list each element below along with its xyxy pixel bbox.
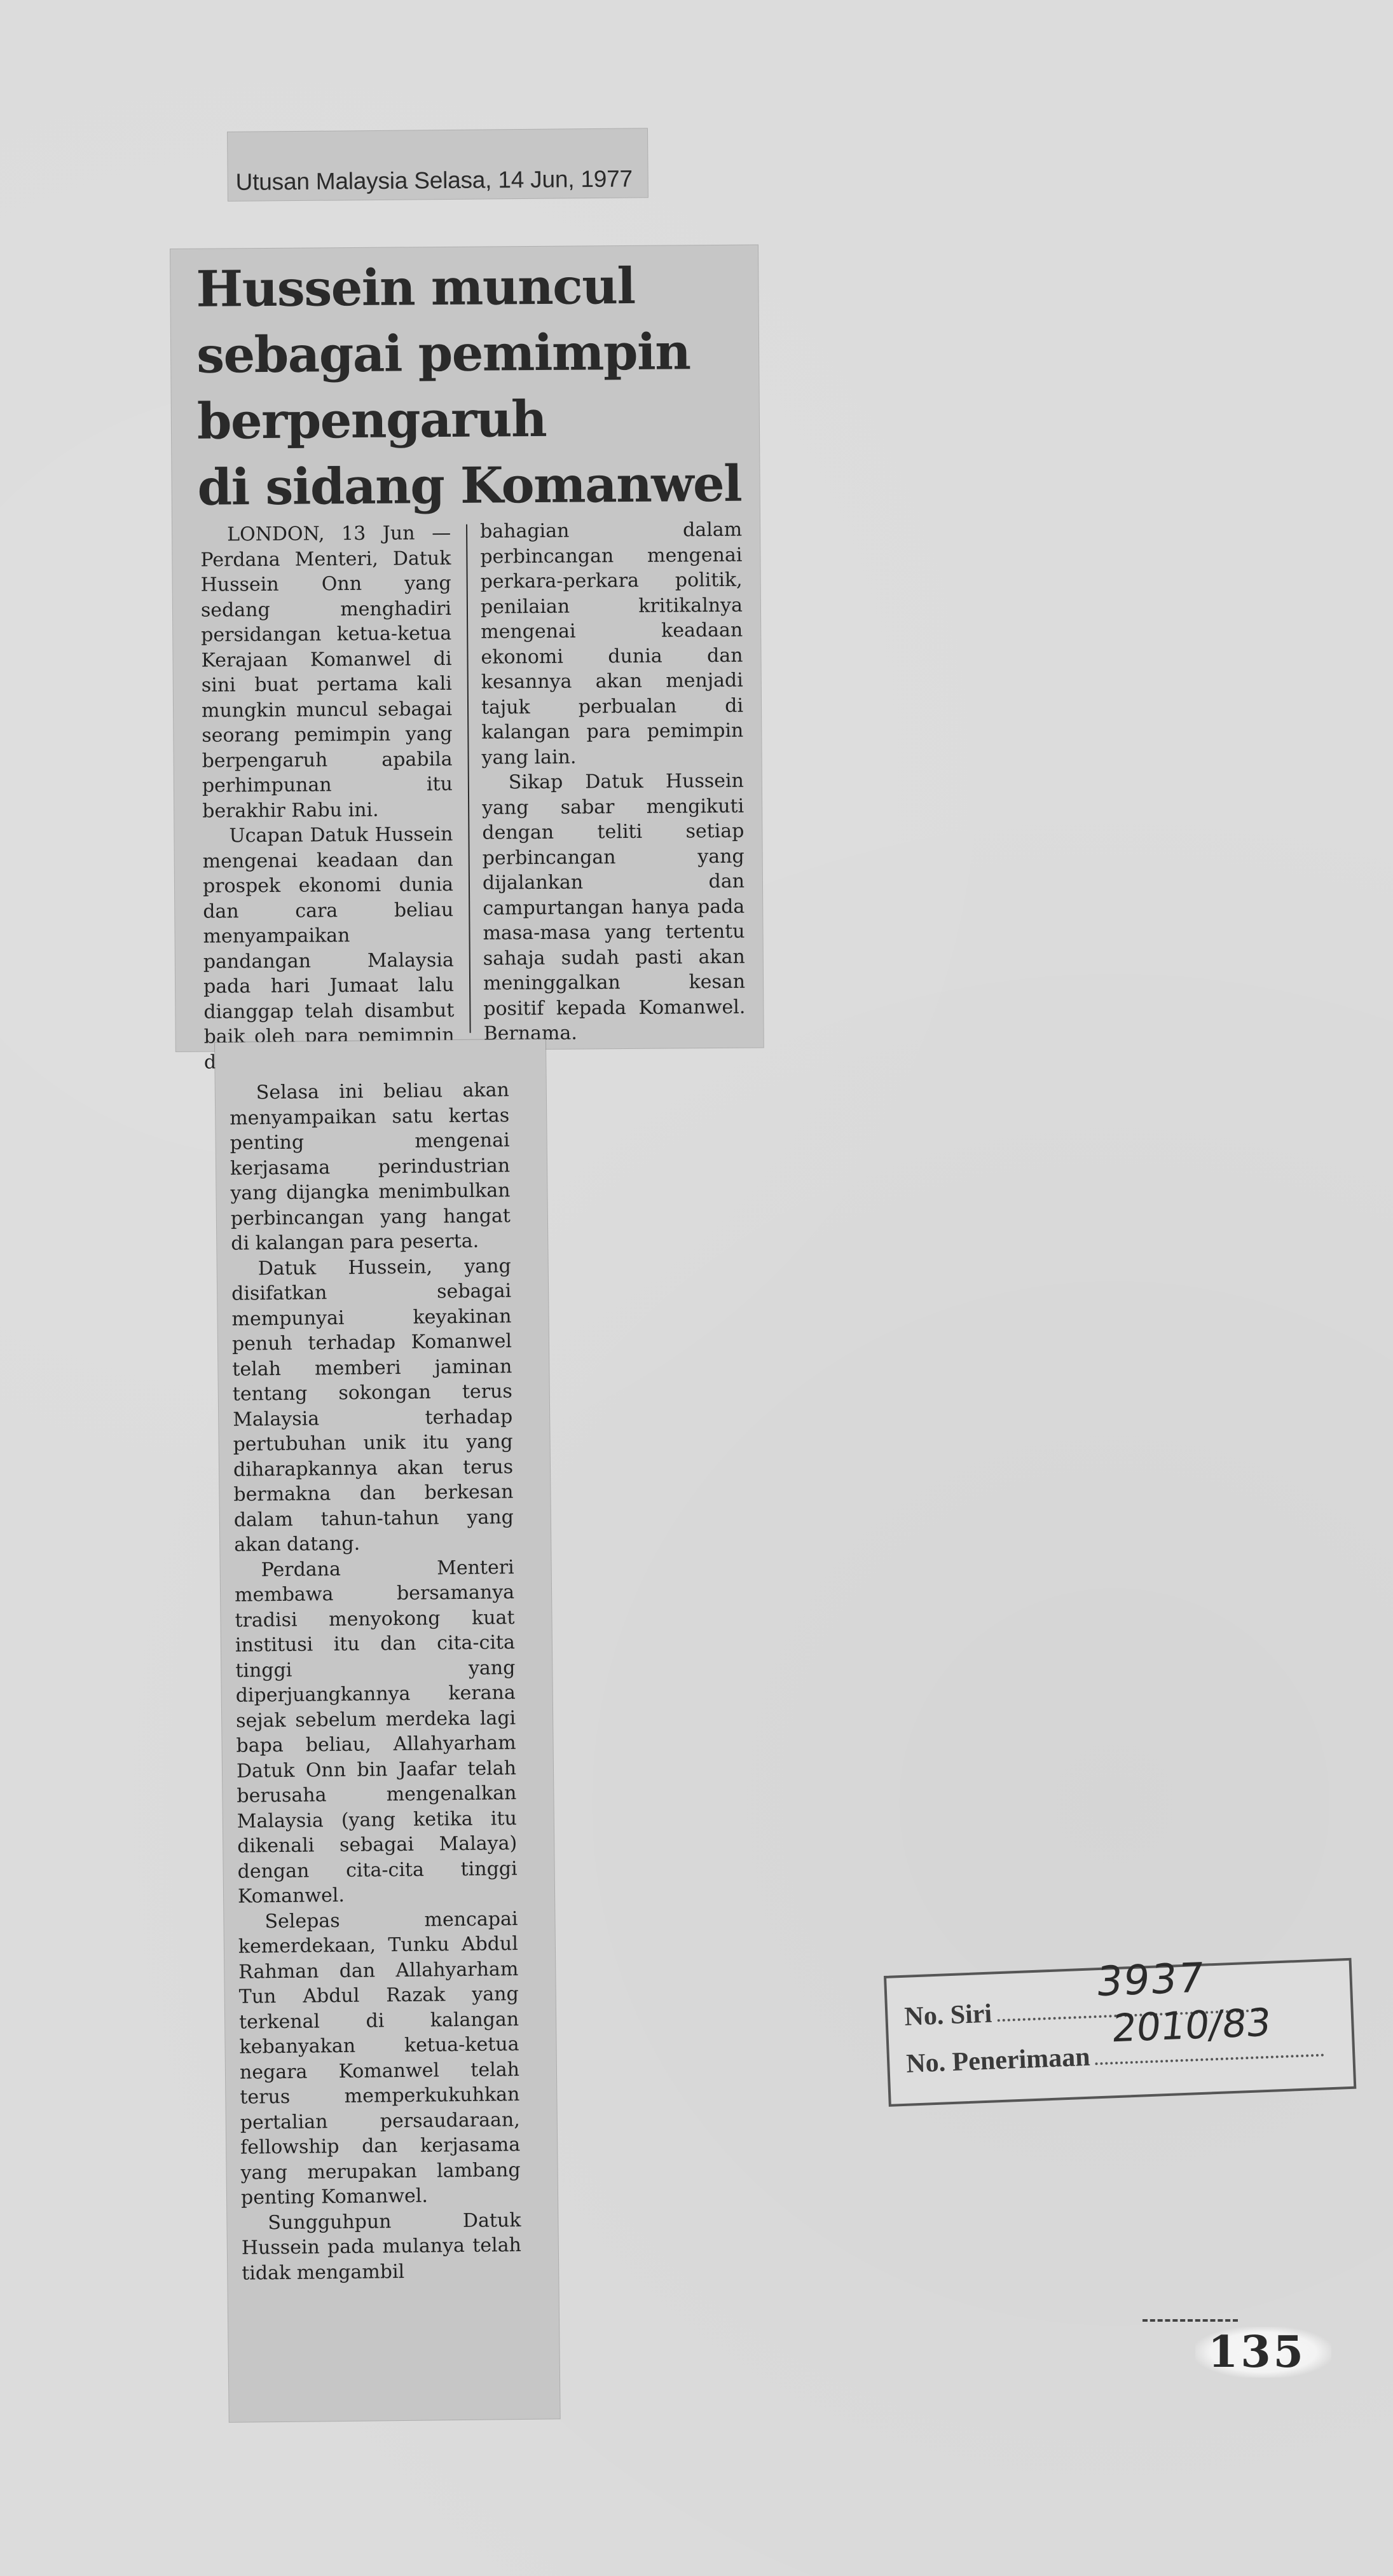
serial-number-label: No. Siri [904,1999,992,2032]
paragraph: Datuk Hussein, yang disifatkan sebagai m… [231,1254,514,1558]
serial-number-value: 3937 [1094,1954,1207,2006]
page-number: 135 [1195,2327,1331,2378]
paragraph: bahagian dalam perbincangan mengenai per… [480,517,744,771]
article-clipping-bottom: Selasa ini beliau akan menyampaikan satu… [215,1039,560,2422]
column-divider [466,524,471,1033]
headline-line: Hussein muncul [196,253,756,323]
headline-line: di sidang Komanwel [197,451,757,521]
paragraph: LONDON, 13 Jun — Perdana Menteri, Datuk … [200,521,453,824]
accession-number-value: 2010/83 [1110,2001,1273,2052]
accession-stamp: No. Siri No. Penerimaan 3937 2010/83 [884,1958,1356,2107]
article-column-left-top: LONDON, 13 Jun — Perdana Menteri, Datuk … [200,521,455,1075]
article-clipping-top: Hussein muncul sebagai pemimpin berpenga… [170,245,764,1052]
source-date-clipping: Utusan Malaysia Selasa, 14 Jun, 1977 [228,128,648,201]
headline-line: sebagai pemimpin [196,319,757,389]
paragraph: Selasa ini beliau akan menyampaikan satu… [230,1078,511,1256]
accession-number-label: No. Penerimaan [905,2043,1090,2079]
paragraph: Selepas mencapai kemerdekaan, Tunku Abdu… [238,1907,521,2211]
source-date-label: Utusan Malaysia Selasa, 14 Jun, 1977 [236,165,633,195]
article-column-right: bahagian dalam perbincangan mengenai per… [480,517,746,1046]
paragraph: Sikap Datuk Hussein yang sabar mengikuti… [482,769,746,1046]
page-number-dashes [1143,2319,1238,2322]
article-headline: Hussein muncul sebagai pemimpin berpenga… [196,253,757,521]
paragraph: Sungguhpun Datuk Hussein pada mulanya te… [241,2208,521,2286]
paragraph: Perdana Menteri membawa bersamanya tradi… [234,1555,518,1910]
headline-line: berpengaruh [197,385,757,455]
article-column-left-bottom: Selasa ini beliau akan menyampaikan satu… [230,1078,522,2286]
paragraph: Ucapan Datuk Hussein mengenai keadaan da… [202,822,455,1075]
